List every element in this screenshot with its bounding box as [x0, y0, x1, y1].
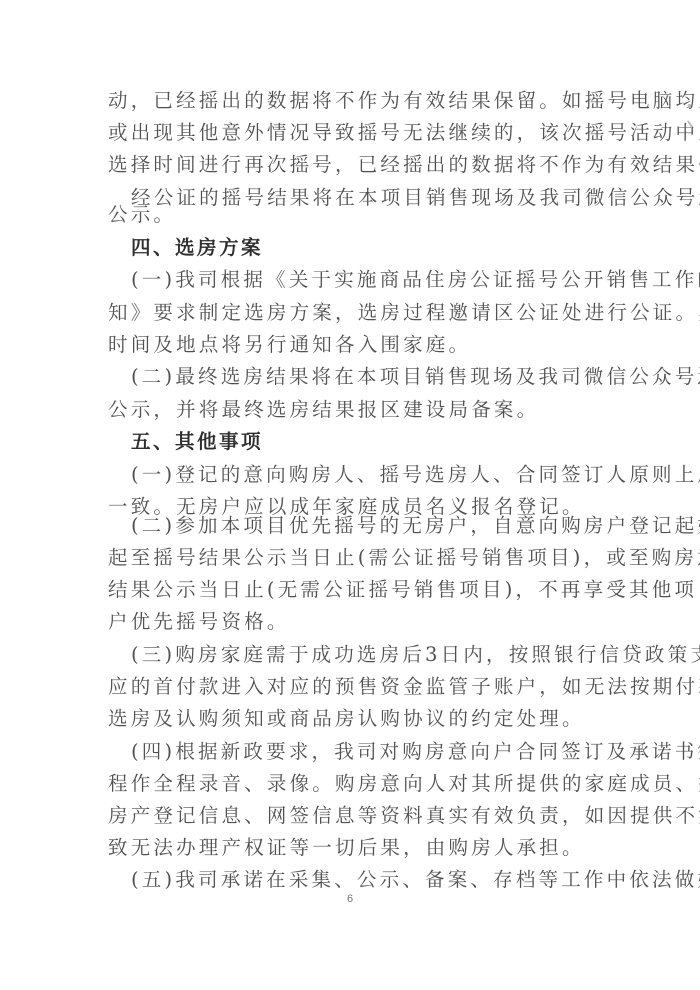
text-line: 起至摇号结果公示当日止(需公证摇号销售项目)，或至购房意向登记 [108, 546, 600, 570]
text-line: (一)登记的意向购房人、摇号选房人、合同签订人原则上应保持 [131, 463, 623, 487]
text-line: (三)购房家庭需于成功选房后3日内，按照银行信贷政策支付相 [131, 643, 623, 667]
text-line: 结果公示当日止(无需公证摇号销售项目)，不再享受其他项目的无房 [108, 578, 600, 602]
text-line: 房产登记信息、网签信息等资料真实有效负责，如因提供不实信息导 [108, 804, 600, 828]
text-line: 应的首付款进入对应的预售资金监管子账户，如无法按期付款的，按 [108, 675, 600, 699]
document-page: 动，已经摇出的数据将不作为有效结果保留。如摇号电脑均发生故障 或出现其他意外情况… [0, 0, 700, 990]
scan-artifact [690, 200, 691, 202]
text-line: (二)参加本项目优先摇号的无房户，自意向购房户登记起始之日 [131, 514, 623, 538]
text-line: 致无法办理产权证等一切后果，由购房人承担。 [108, 836, 600, 860]
text-line: 公示。 [108, 203, 600, 227]
text-line: 时间及地点将另行通知各入围家庭。 [108, 333, 600, 357]
text-line: 选房及认购须知或商品房认购协议的约定处理。 [108, 707, 600, 731]
text-line: (一)我司根据《关于实施商品住房公证摇号公开销售工作的通 [131, 268, 623, 292]
text-line: 或出现其他意外情况导致摇号无法继续的，该次摇号活动中止，另行 [108, 121, 600, 145]
text-line: 程作全程录音、录像。购房意向人对其所提供的家庭成员、婚姻关系、 [108, 772, 600, 796]
section-heading-5: 五、其他事项 [131, 430, 623, 454]
scan-artifact [688, 104, 691, 108]
text-line: (五)我司承诺在采集、公示、备案、存档等工作中依法做好购房 [131, 868, 623, 892]
text-line: 动，已经摇出的数据将不作为有效结果保留。如摇号电脑均发生故障 [108, 89, 600, 113]
text-line: (四)根据新政要求，我司对购房意向户合同签订及承诺书签订过 [131, 740, 623, 764]
section-heading-4: 四、选房方案 [131, 236, 623, 260]
text-line: 知》要求制定选房方案，选房过程邀请区公证处进行公证。具体选房 [108, 301, 600, 325]
page-number: 6 [0, 893, 700, 905]
text-line: 户优先摇号资格。 [108, 610, 600, 634]
text-line: 公示，并将最终选房结果报区建设局备案。 [108, 398, 600, 422]
text-line: (二)最终选房结果将在本项目销售现场及我司微信公众号进行 [131, 365, 623, 389]
text-line: 选择时间进行再次摇号，已经摇出的数据将不作为有效结果保留。 [108, 153, 600, 177]
